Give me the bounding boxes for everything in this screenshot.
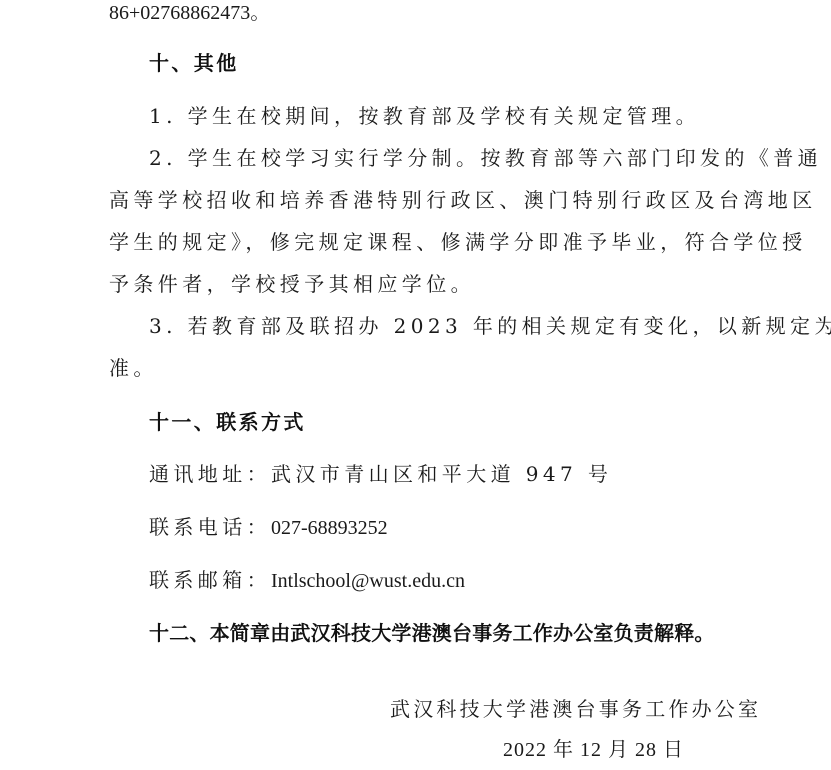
section-10-item-1: 1. 学生在校期间，按教育部及学校有关规定管理。 (149, 103, 729, 129)
signature-office: 武汉科技大学港澳台事务工作办公室 (390, 696, 761, 722)
contact-email-value: Intlschool@wust.edu.cn (271, 570, 465, 592)
signature-date: 2022 年 12 月 28 日 (503, 737, 684, 763)
document-page: 86+02768862473。 十、其他 1. 学生在校期间，按教育部及学校有关… (0, 0, 831, 770)
contact-phone: 联系电话：027-68893252 (149, 514, 729, 541)
contact-phone-label: 联系电话： (149, 515, 271, 539)
section-10-item-2-line-3: 学生的规定》，修完规定课程、修满学分即准予毕业，符合学位授 (109, 229, 729, 255)
section-10-item-2-line-2: 高等学校招收和培养香港特别行政区、澳门特别行政区及台湾地区 (109, 187, 729, 213)
continued-phone-line: 86+02768862473。 (109, 0, 729, 26)
contact-address-label: 通讯地址： (149, 462, 271, 486)
contact-email-label: 联系邮箱： (149, 568, 271, 592)
section-12-heading: 十二、本简章由武汉科技大学港澳台事务工作办公室负责解释。 (149, 620, 729, 646)
section-10-item-3-line-2: 准。 (109, 355, 729, 381)
contact-address: 通讯地址：武汉市青山区和平大道 947 号 (149, 461, 729, 487)
contact-address-value: 武汉市青山区和平大道 947 号 (271, 462, 612, 486)
contact-email: 联系邮箱：Intlschool@wust.edu.cn (149, 567, 729, 594)
section-11-heading: 十一、联系方式 (149, 409, 729, 435)
section-10-item-3-line-1: 3. 若教育部及联招办 2023 年的相关规定有变化，以新规定为 (149, 313, 729, 339)
contact-phone-value: 027-68893252 (271, 517, 388, 539)
section-10-item-2-line-1: 2. 学生在校学习实行学分制。按教育部等六部门印发的《普通 (149, 145, 729, 171)
section-10-item-2-line-4: 予条件者，学校授予其相应学位。 (109, 271, 729, 297)
section-10-heading: 十、其他 (149, 50, 729, 76)
